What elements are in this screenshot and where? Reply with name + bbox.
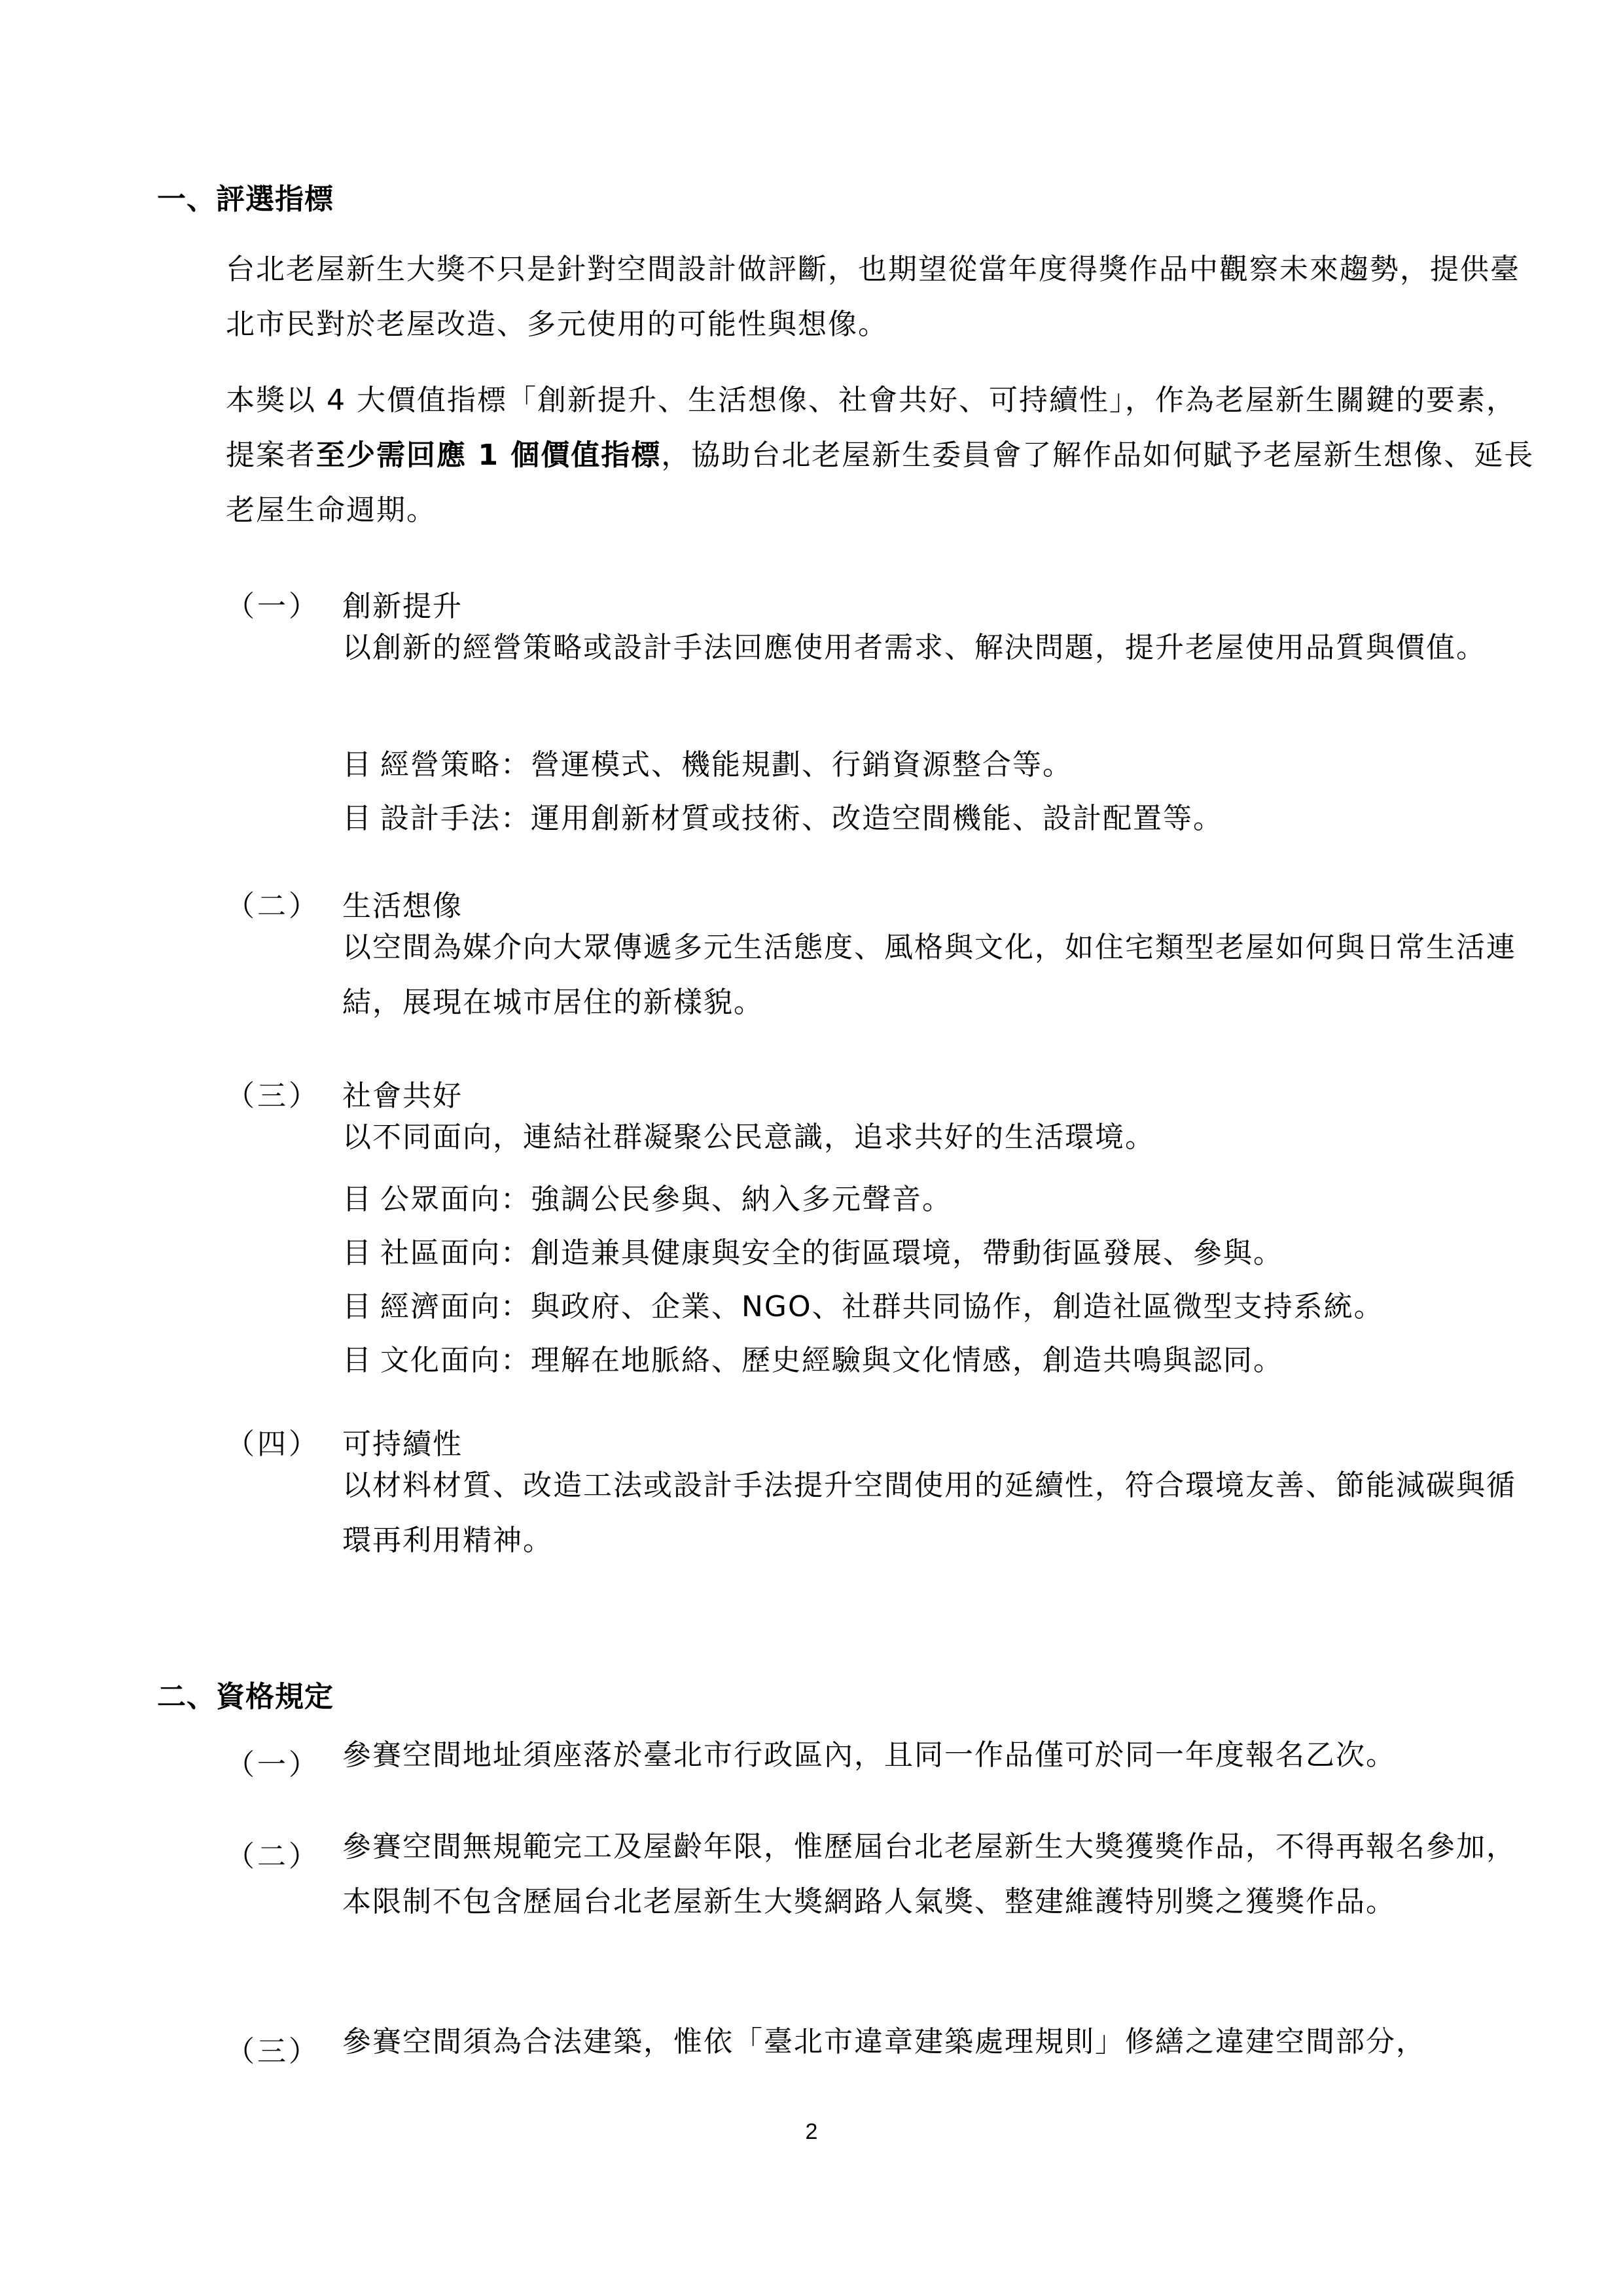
- section-heading-evaluation-criteria: 一、評選指標: [157, 175, 334, 217]
- intro-paragraph-1: 台北老屋新生大獎不只是針對空間設計做評斷，也期望從當年度得獎作品中觀察未來趨勢，…: [226, 242, 1535, 352]
- document-page: 一、評選指標 台北老屋新生大獎不只是針對空間設計做評斷，也期望從當年度得獎作品中…: [0, 0, 1623, 2296]
- item-title: 可持續性: [342, 1420, 463, 1462]
- sub-item: 目經營策略：營運模式、機能規劃、行銷資源整合等。: [342, 741, 1073, 783]
- item-body: 以空間為媒介向大眾傳遞多元生活態度、風格與文化，如住宅類型老屋如何與日常生活連結…: [342, 920, 1540, 1030]
- list-bullet-icon: 目: [342, 741, 380, 783]
- item-body: 以材料材質、改造工法或設計手法提升空間使用的延續性，符合環境友善、節能減碳與循環…: [342, 1458, 1540, 1568]
- item-title: 創新提升: [342, 583, 463, 624]
- item-body: 參賽空間地址須座落於臺北市行政區內，且同一作品僅可於同一年度報名乙次。: [342, 1728, 1540, 1783]
- list-bullet-icon: 目: [342, 1229, 380, 1271]
- item-number: （一）: [226, 1741, 320, 1783]
- item-body: 以不同面向，連結社群凝聚公民意識，追求共好的生活環境。: [342, 1110, 1540, 1165]
- sub-item: 目經濟面向：與政府、企業、NGO、社群共同協作，創造社區微型支持系統。: [342, 1283, 1384, 1325]
- section-heading-eligibility: 二、資格規定: [157, 1673, 334, 1715]
- list-bullet-icon: 目: [342, 1283, 380, 1325]
- item-title: 社會共好: [342, 1072, 463, 1114]
- intro-paragraph-2: 本獎以 4 大價值指標「創新提升、生活想像、社會共好、可持續性」，作為老屋新生關…: [226, 373, 1535, 538]
- item-body: 參賽空間無規範完工及屋齡年限，惟歷屆台北老屋新生大獎獲獎作品，不得再報名參加，本…: [342, 1820, 1540, 1929]
- item-number: （三）: [226, 1072, 337, 1114]
- item-number: （二）: [226, 882, 337, 924]
- sub-item: 目設計手法：運用創新材質或技術、改造空間機能、設計配置等。: [342, 795, 1223, 836]
- item-body: 以創新的經營策略或設計手法回應使用者需求、解決問題，提升老屋使用品質與價值。: [342, 620, 1540, 675]
- item-title: 生活想像: [342, 882, 463, 924]
- sub-item: 目公眾面向：強調公民參與、納入多元聲音。: [342, 1175, 952, 1217]
- item-number: （四）: [226, 1420, 337, 1462]
- list-bullet-icon: 目: [342, 1336, 380, 1378]
- page-number: 2: [0, 2119, 1623, 2145]
- item-body: 參賽空間須為合法建築，惟依「臺北市違章建築處理規則」修繕之違建空間部分，: [342, 2015, 1540, 2070]
- item-number: （一）: [226, 583, 337, 624]
- sub-item: 目社區面向：創造兼具健康與安全的街區環境，帶動街區發展、參與。: [342, 1229, 1283, 1271]
- list-bullet-icon: 目: [342, 795, 380, 836]
- sub-item: 目文化面向：理解在地脈絡、歷史經驗與文化情感，創造共鳴與認同。: [342, 1336, 1283, 1378]
- list-bullet-icon: 目: [342, 1175, 380, 1217]
- item-number: （二）: [226, 1833, 320, 1874]
- item-number: （三）: [226, 2028, 320, 2070]
- intro-text-bold: 至少需回應 1 個價值指標: [316, 439, 661, 472]
